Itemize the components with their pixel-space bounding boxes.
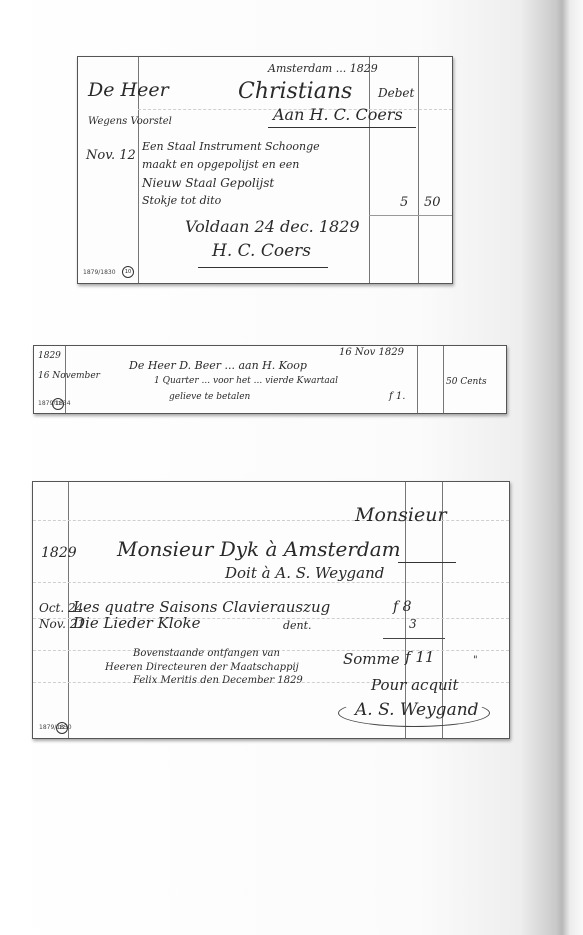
receipt-number-badge: 10 (122, 266, 134, 278)
line-item: maakt en opgepolijst en een (142, 159, 299, 170)
note-line: Heeren Directeuren der Maatschappij (105, 663, 299, 673)
debit-label: Debet (378, 87, 414, 99)
text-line: gelieve te betalen (169, 393, 250, 402)
receipt-number-badge: 12 (56, 722, 68, 734)
subtitle: Wegens Voorstel (88, 117, 172, 127)
creditor: Aan H. C. Coers (273, 107, 403, 123)
line-item: Nieuw Staal Gepolijst (142, 177, 274, 189)
corner-title: Monsieur (355, 506, 447, 525)
signature: H. C. Coers (212, 243, 311, 260)
amount-rule (417, 346, 418, 413)
amount-cents: 50 (424, 196, 441, 209)
total-amount: f 11 (405, 650, 434, 665)
receipt-number-badge: 11 (52, 398, 64, 410)
addressee-line: Monsieur Dyk à Amsterdam (117, 539, 401, 559)
receipt-card-2: 1829 16 November 16 Nov 1829 De Heer D. … (33, 345, 507, 414)
text-line: De Heer D. Beer ... aan H. Koop (129, 360, 307, 371)
item-description: Die Lieder Kloke (73, 616, 201, 631)
stamp-date: 16 Nov 1829 (339, 348, 404, 358)
item-description: Les quatre Saisons Clavierauszug (73, 600, 330, 615)
addressee-name: Christians (238, 81, 352, 103)
receipt-card-1: Amsterdam ... 1829 De Heer Christians De… (77, 56, 453, 284)
item-ditto: dent. (283, 620, 312, 631)
amount-rule (369, 57, 370, 283)
header-place-date: Amsterdam ... 1829 (268, 63, 378, 74)
total-label: Somme (343, 652, 400, 667)
right-rule (443, 346, 444, 413)
item-amount: f 8 (393, 600, 412, 614)
amount-guilders: 5 (400, 196, 408, 209)
note-line: Felix Meritis den December 1829 (133, 676, 303, 686)
note-line: Bovenstaande ontfangen van (133, 649, 280, 659)
right-rule (418, 57, 419, 283)
total-mark: " (473, 656, 478, 666)
item-amount: 3 (409, 618, 417, 630)
receipt-label: Pour acquit (371, 678, 459, 693)
addressee-title: De Heer (88, 81, 169, 100)
year: 1829 (41, 546, 77, 560)
date-left: 16 November (38, 372, 100, 381)
amount-cents: 50 Cents (446, 378, 487, 387)
amount: f 1. (389, 392, 405, 402)
line-item: Stokje tot dito (142, 195, 221, 206)
creditor-line: Doit à A. S. Weygand (225, 566, 384, 581)
settled-note: Voldaan 24 dec. 1829 (185, 219, 360, 235)
text-line: 1 Quarter ... voor het ... vierde Kwarta… (154, 377, 338, 386)
year: 1829 (38, 352, 61, 361)
archive-ref: 1879/1830 (83, 270, 116, 276)
line-item: Een Staal Instrument Schoonge (142, 141, 320, 152)
receipt-card-3: Monsieur 1829 Monsieur Dyk à Amsterdam D… (32, 481, 510, 739)
entry-date: Nov. 12 (86, 149, 136, 162)
